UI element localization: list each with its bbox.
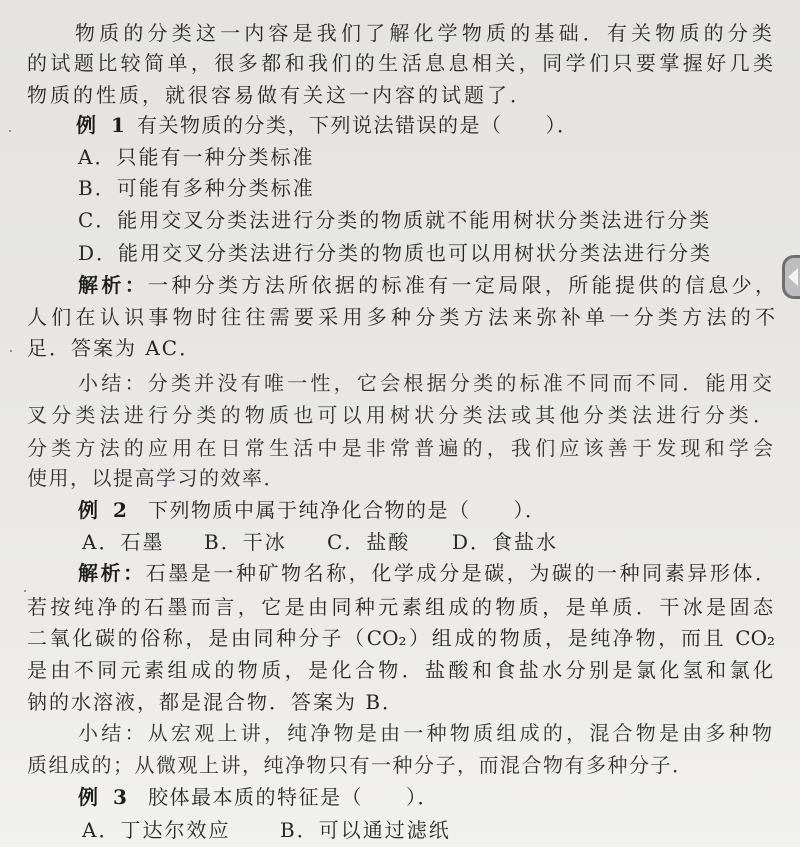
example-2-summary-line: 质组成的；从微观上讲，纯净物只有一种分子，而混合物有多种分子． — [27, 753, 694, 777]
example-3-question: 胶体最本质的特征是（ ）． — [148, 785, 439, 809]
example-3-option-a: A．丁达尔效应 — [82, 818, 230, 842]
example-3-options: A．丁达尔效应 B．可以通过滤纸 — [0, 818, 800, 842]
example-1-analysis-line: 足．答案为 AC． — [27, 336, 201, 360]
example-1-option-b: B．可能有多种分类标准 — [78, 176, 315, 200]
analysis-text: 一种分类方法所依据的标准有一定局限，所能提供的信息少， — [148, 273, 775, 297]
summary-text: 从宏观上讲，纯净物是由一种物质组成的，混合物是由多种物 — [148, 721, 772, 745]
example-2-analysis-line: 若按纯净的石墨而言，它是由同种元素组成的物质，是单质．干冰是固态 — [27, 595, 773, 619]
example-1-question: 有关物质的分类，下列说法错误的是（ ）． — [137, 113, 579, 137]
intro-line: 物质的性质，就很容易做有关这一内容的试题了． — [27, 83, 533, 107]
example-2-summary-line: 小结：从宏观上讲，纯净物是由一种物质组成的，混合物是由多种物 — [78, 721, 772, 745]
scan-speck — [10, 350, 12, 352]
example-3-option-b: B．可以通过滤纸 — [280, 818, 451, 842]
analysis-label: 解析： — [78, 561, 146, 585]
example-2-option-c: C．盐酸 — [327, 530, 410, 554]
example-1-summary-line: 叉分类法进行分类的物质也可以用树状分类法或其他分类法进行分类． — [27, 403, 773, 427]
example-1-analysis-line: 解析：一种分类方法所依据的标准有一定局限，所能提供的信息少， — [78, 273, 775, 297]
intro-line: 物质的分类这一内容是我们了解化学物质的基础．有关物质的分类 — [75, 21, 772, 45]
scan-speck — [24, 590, 26, 592]
example-label: 例 3 — [78, 785, 131, 809]
example-2-analysis-line: 钠的水溶液，都是混合物．答案为 B． — [27, 690, 404, 714]
example-label: 例 2 — [78, 498, 131, 522]
example-2-option-a: A．石墨 — [82, 530, 164, 554]
example-1-label: 例 1 — [76, 113, 129, 137]
example-1-option-c: C．能用交叉分类法进行分类的物质就不能用树状分类法进行分类 — [78, 208, 711, 232]
scan-speck — [9, 130, 11, 132]
example-2-option-d: D．食盐水 — [452, 530, 558, 554]
example-2-option-b: B．干冰 — [204, 530, 287, 554]
example-2-analysis-line: 是由不同元素组成的物质，是化合物．盐酸和食盐水分别是氯化氢和氯化 — [27, 658, 773, 682]
example-3-label: 例 3 — [78, 785, 131, 809]
example-1-summary-line: 小结：分类并没有唯一性，它会根据分类的标准不同而不同．能用交 — [78, 371, 772, 395]
intro-line: 的试题比较简单，很多都和我们的生活息息相关，同学们只要掌握好几类 — [27, 51, 773, 75]
example-2-options: A．石墨 B．干冰 C．盐酸 D．食盐水 — [0, 530, 800, 554]
scanned-textbook-page: 物质的分类这一内容是我们了解化学物质的基础．有关物质的分类 的试题比较简单，很多… — [0, 0, 800, 847]
summary-text: 分类并没有唯一性，它会根据分类的标准不同而不同．能用交 — [148, 371, 772, 395]
example-2-label: 例 2 — [78, 498, 131, 522]
example-1-summary-line: 分类方法的应用在日常生活中是非常普遍的，我们应该善于发现和学会 — [27, 436, 773, 460]
example-1-summary-line: 使用，以提高学习的效率． — [27, 466, 285, 490]
summary-label: 小结： — [78, 371, 148, 395]
chevron-left-icon — [788, 268, 798, 286]
example-2-question: 下列物质中属于纯净化合物的是（ ）． — [148, 498, 547, 522]
example-2-analysis-line: 二氧化碳的俗称，是由同种分子（CO₂）组成的物质，是纯净物，而且 CO₂ — [27, 626, 775, 650]
page-turn-tab[interactable] — [782, 255, 800, 299]
summary-label: 小结： — [78, 721, 148, 745]
example-1-option-d: D．能用交叉分类法进行分类的物质也可以用树状分类法进行分类 — [78, 241, 712, 265]
example-2-analysis-line: 解析：石墨是一种矿物名称，化学成分是碳，为碳的一种同素异形体． — [78, 561, 775, 585]
example-label: 例 1 — [76, 113, 129, 137]
analysis-label: 解析： — [78, 273, 148, 297]
analysis-text: 石墨是一种矿物名称，化学成分是碳，为碳的一种同素异形体． — [146, 561, 775, 585]
example-1-analysis-line: 人们在认识事物时往往需要采用多种分类方法来弥补单一分类方法的不 — [27, 305, 775, 329]
example-1-option-a: A．只能有一种分类标准 — [78, 145, 314, 169]
